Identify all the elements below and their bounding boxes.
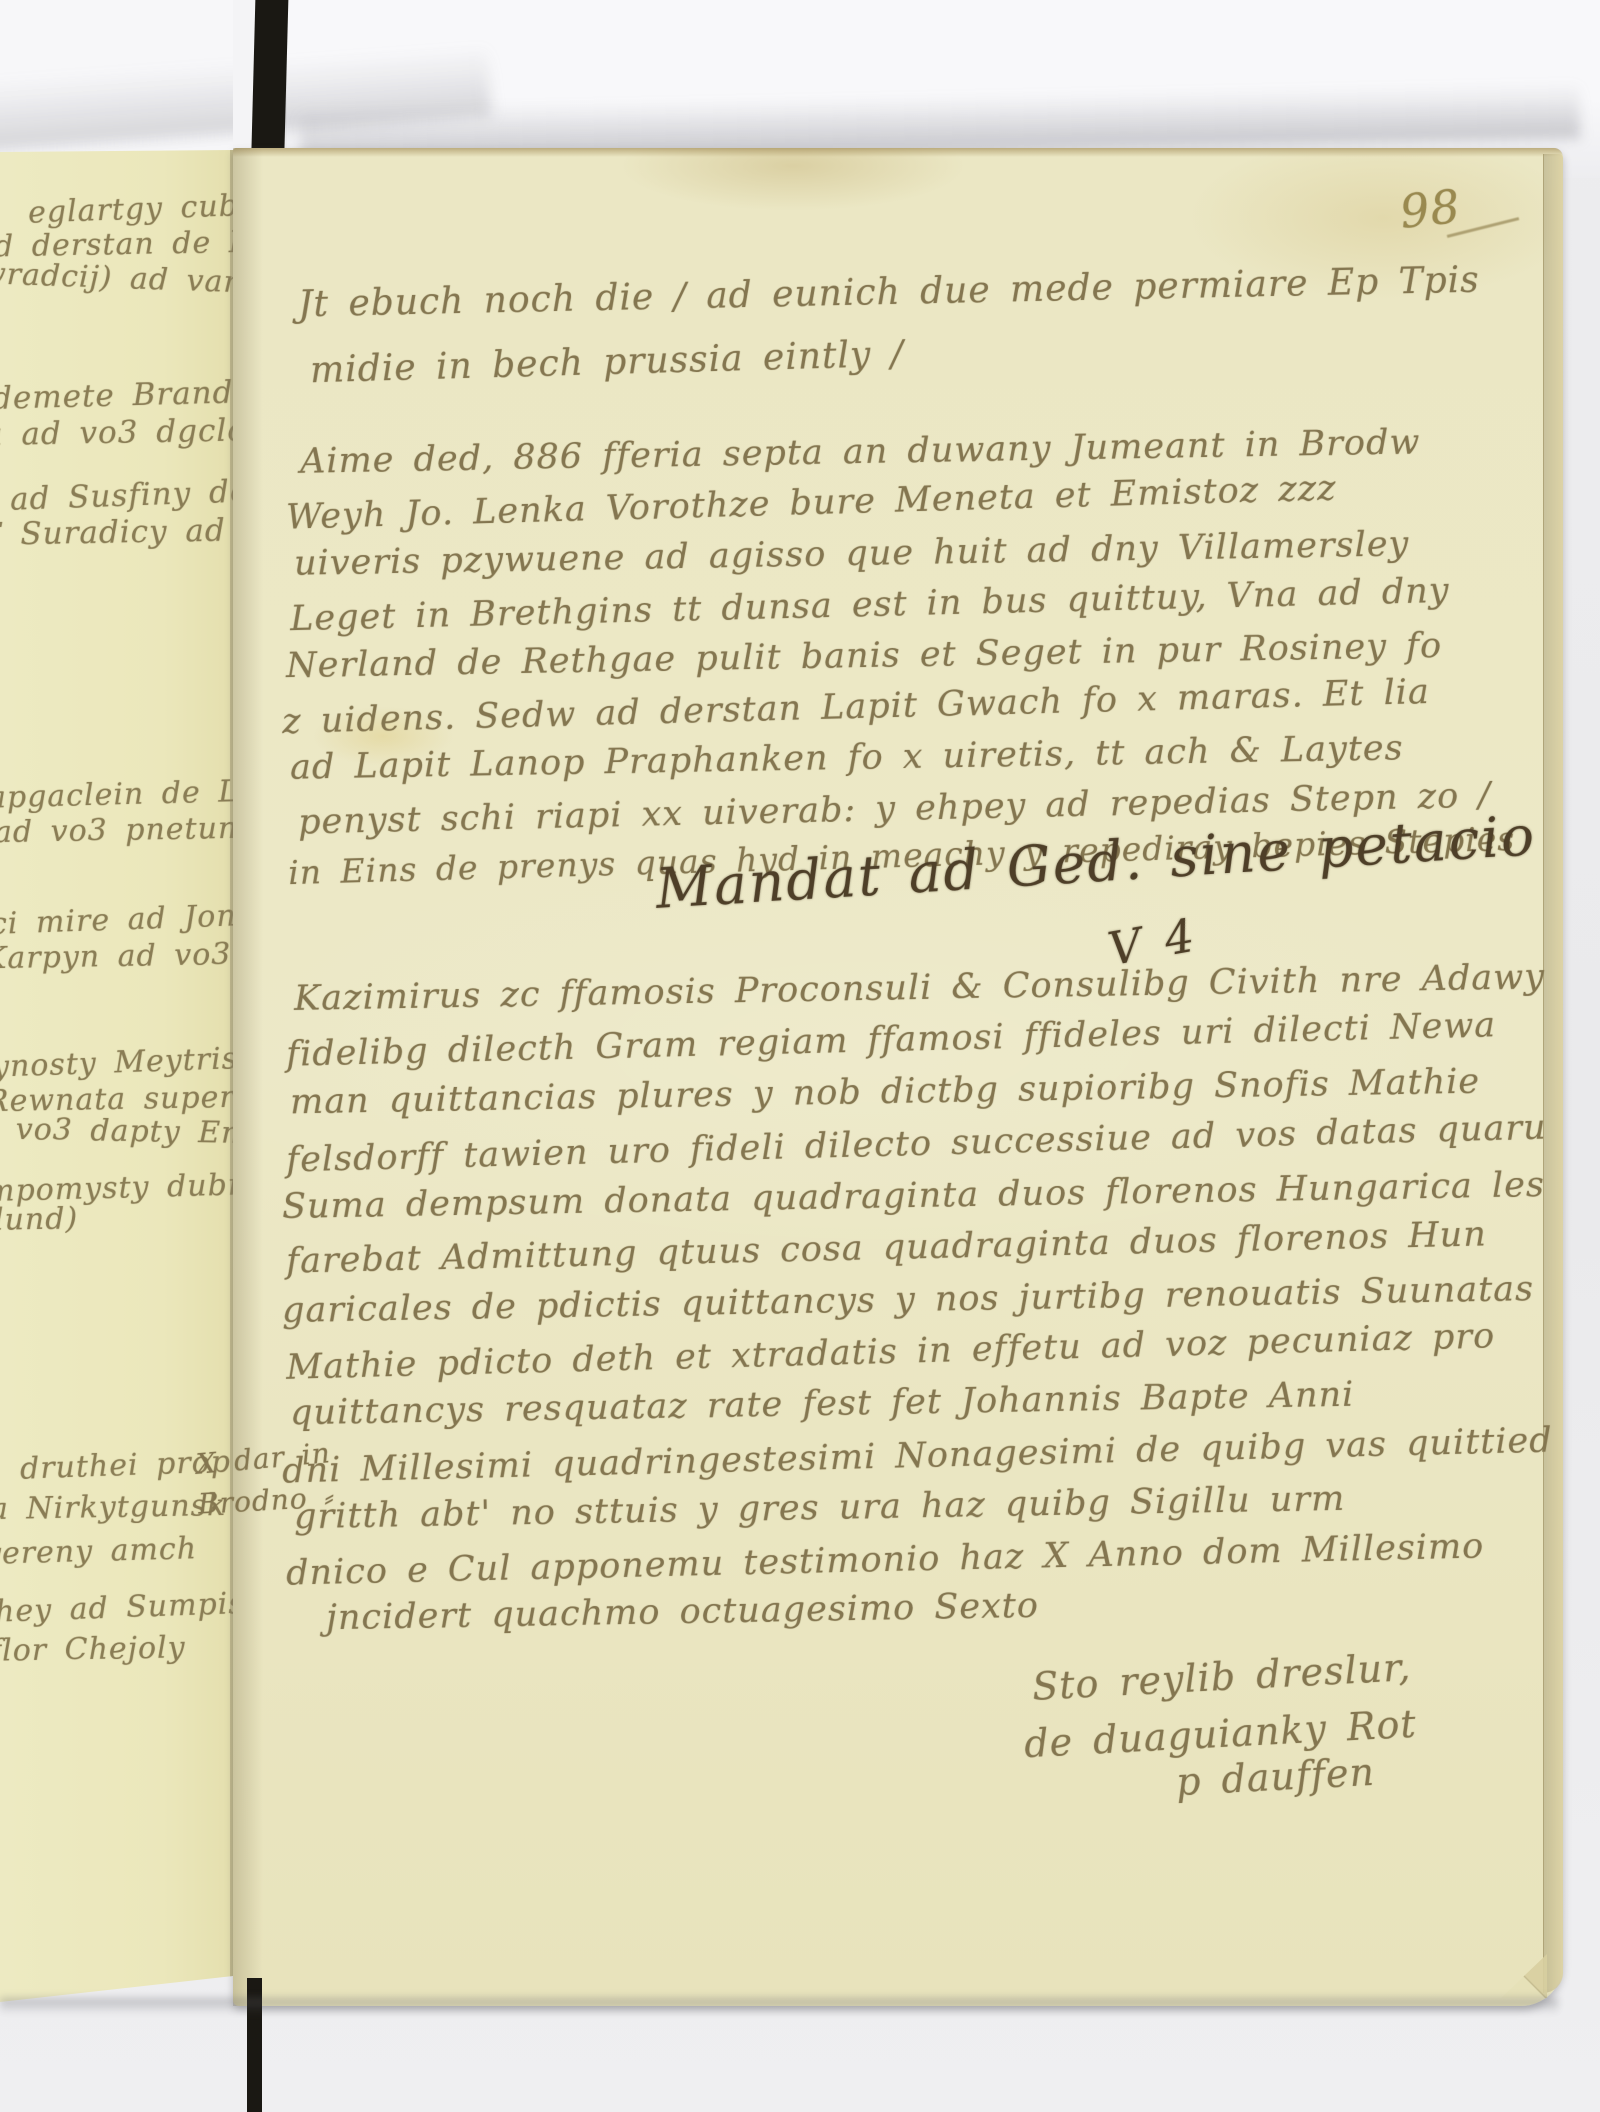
left-page-line-fragment: yereny amch (0, 1531, 197, 1572)
folio-number: 98 (1397, 179, 1463, 239)
manuscript-scan: eglartgy cubictares d derstan de Digilaw… (0, 0, 1600, 2112)
page-bottom-shadow (0, 1998, 1558, 2014)
left-page: eglartgy cubictares d derstan de Digilaw… (0, 150, 233, 2006)
page-top-discoloration (233, 148, 1563, 157)
marginal-note: Brodno ⸗ (197, 1480, 335, 1521)
page-fore-edge (1543, 154, 1563, 1993)
left-page-line-fragment: flor Chejoly (0, 1630, 186, 1668)
folded-corner (1501, 1954, 1547, 1998)
left-page-line-fragment: a Nirkytgunsk (0, 1488, 227, 1527)
left-page-line-fragment: lund) (0, 1201, 78, 1237)
page-gutter-shadow (233, 148, 263, 2006)
